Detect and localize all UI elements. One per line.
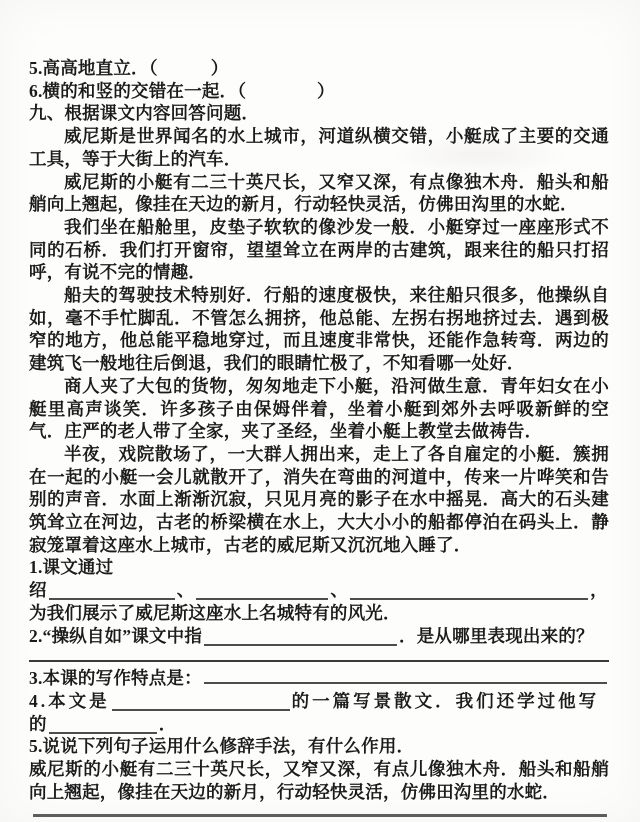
fill-in-blank-1: [49, 596, 175, 600]
question-2-suffix: ．是从哪里表现出来的？: [399, 626, 594, 646]
question-4-part-1: 4.本文是: [29, 691, 110, 711]
passage-paragraph-5: 商人夹了大包的货物，匆匆地走下小艇，沿河做生意．青年妇女在小艇里高声谈笑．许多孩…: [29, 375, 609, 443]
passage-paragraph-1: 威尼斯是世界闻名的水上城市，河道纵横交错，小艇成了主要的交通工具，等于大街上的汽…: [29, 125, 609, 170]
fill-in-blank-7: [49, 730, 157, 734]
question-1-comma: ，: [590, 580, 608, 600]
exercise-item-5: 5.高高地直立．（ ）: [29, 57, 609, 80]
question-3-row: 3.本课的写作特点是：: [29, 667, 609, 690]
question-1-lead: 1.课文通过: [29, 556, 609, 579]
question-1-carry-char: 绍: [29, 580, 47, 600]
passage-paragraph-2: 威尼斯的小艇有二三十英尺长，又窄又深，有点像独木舟．船头和船艄向上翘起，像挂在天…: [29, 171, 609, 216]
fill-in-blank-6: [112, 707, 290, 711]
exercise-item-6: 6.横的和竖的交错在一起．（ ）: [29, 80, 609, 103]
question-1-blanks-row: 绍、、，: [29, 579, 609, 602]
fill-in-blank-4: [204, 642, 397, 646]
question-5-sentence: 威尼斯的小艇有二三十英尺长，又窄又深，有点儿像独木舟．船头和船艄向上翘起，像挂在…: [29, 758, 609, 803]
passage-paragraph-4: 船夫的驾驶技术特别好．行船的速度极快，来往船只很多，他操纵自如，毫不手忙脚乱．不…: [29, 284, 609, 375]
passage-paragraph-3: 我们坐在船舱里，皮垫子软软的像沙发一般．小艇穿过一座座形式不同的石桥．我们打开窗…: [29, 216, 609, 284]
question-3-prefix: 3.本课的写作特点是：: [29, 667, 202, 690]
question-4-period: ．: [159, 714, 177, 734]
question-2-row: 2.“操纵自如”课文中指．是从哪里表现出来的？: [29, 625, 609, 648]
section-9-heading: 九、根据课文内容回答问题．: [29, 102, 609, 125]
passage-paragraph-6: 半夜，戏院散场了，一大群人拥出来，走上了各自雇定的小艇．簇拥在一起的小艇一会儿就…: [29, 443, 609, 557]
enumeration-mark-1: 、: [177, 580, 195, 600]
fill-in-blank-2: [196, 596, 328, 600]
question-4-part-2: 的一篇写景散文．我们还学过他写: [292, 691, 600, 711]
question-4-row-1: 4.本文是的一篇写景散文．我们还学过他写: [29, 690, 609, 713]
question-2-prefix: 2.“操纵自如”课文中指: [29, 626, 202, 646]
question-4-carry-char: 的: [29, 714, 47, 734]
question-5-prompt: 5.说说下列句子运用什么修辞手法，有什么作用．: [29, 735, 609, 758]
worksheet-content: 5.高高地直立．（ ） 6.横的和竖的交错在一起．（ ） 九、根据课文内容回答问…: [29, 57, 609, 817]
fill-in-blank-5: [204, 680, 607, 684]
question-1-closing: 为我们展示了威尼斯这座水上名城特有的风光．: [29, 602, 609, 625]
answer-rule-line-bottom: [33, 814, 607, 817]
answer-rule-line: [29, 660, 609, 662]
fill-in-blank-3: [350, 596, 588, 600]
question-4-row-2: 的．: [29, 713, 609, 736]
scanned-worksheet-page: 5.高高地直立．（ ） 6.横的和竖的交错在一起．（ ） 九、根据课文内容回答问…: [0, 0, 640, 822]
enumeration-mark-2: 、: [330, 580, 348, 600]
